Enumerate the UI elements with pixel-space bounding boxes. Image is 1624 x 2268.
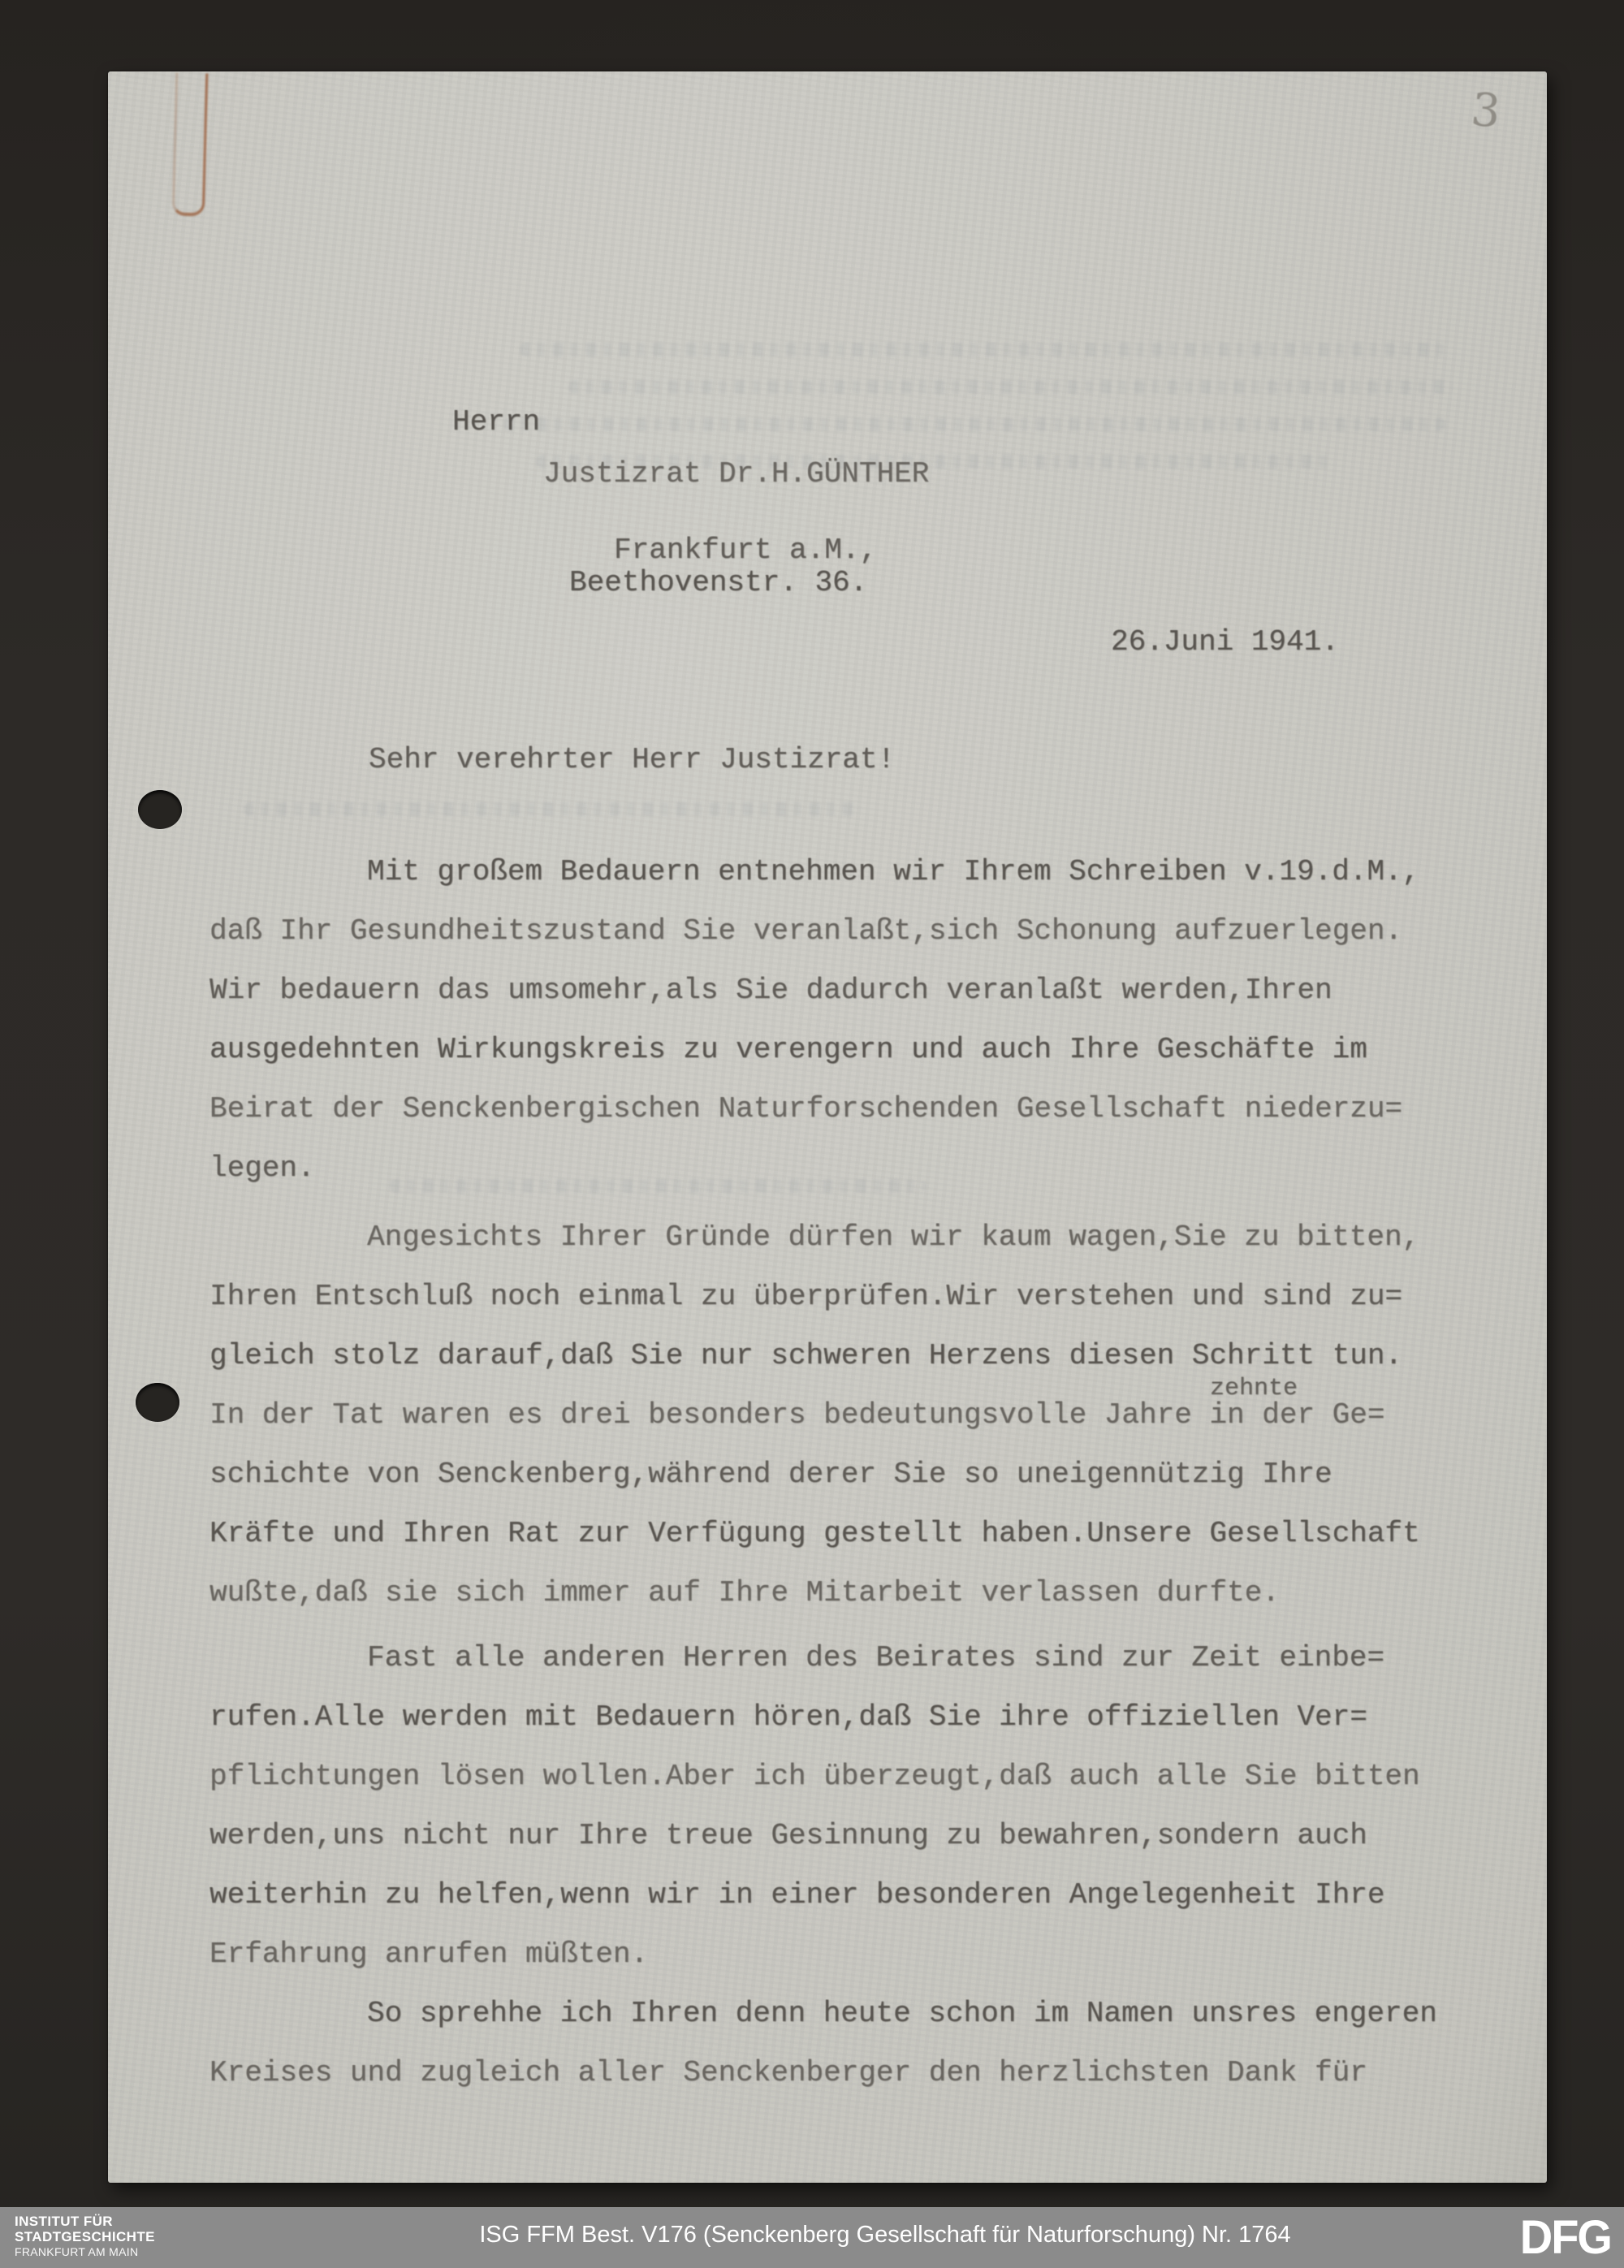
salutation-line: Sehr verehrter Herr Justizrat! bbox=[369, 745, 895, 775]
institute-logo: INSTITUT FÜR STADTGESCHICHTE FRANKFURT A… bbox=[15, 2214, 155, 2259]
date-line: 26.Juni 1941. bbox=[1111, 628, 1339, 657]
recipient-line: Herrn bbox=[452, 408, 540, 437]
body-line: Kreises und zugleich aller Senckenberger… bbox=[209, 2058, 1367, 2088]
recipient-line: Beethovenstr. 36. bbox=[569, 568, 867, 598]
body-line: rufen.Alle werden mit Bedauern hören,daß… bbox=[209, 1703, 1367, 1732]
body-line: Fast alle anderen Herren des Beirates si… bbox=[367, 1644, 1384, 1673]
institute-logo-line: FRANKFURT AM MAIN bbox=[15, 2244, 155, 2259]
body-line: weiterhin zu helfen,wenn wir in einer be… bbox=[209, 1881, 1384, 1910]
dfg-logo: DFG bbox=[1520, 2210, 1611, 2265]
body-line: Angesichts Ihrer Gründe dürfen wir kaum … bbox=[367, 1223, 1419, 1252]
insertion-line: zehnte bbox=[1210, 1376, 1298, 1401]
recipient-line: Justizrat Dr.H.GÜNTHER bbox=[543, 460, 929, 489]
body-line: schichte von Senckenberg,während derer S… bbox=[209, 1460, 1332, 1489]
body-line: Beirat der Senckenbergischen Naturforsch… bbox=[209, 1095, 1402, 1124]
body-line: Kräfte und Ihren Rat zur Verfügung geste… bbox=[209, 1519, 1420, 1549]
body-line: Ihren Entschluß noch einmal zu überprüfe… bbox=[209, 1282, 1402, 1311]
body-line: werden,uns nicht nur Ihre treue Gesinnun… bbox=[209, 1821, 1367, 1851]
body-line: legen. bbox=[209, 1154, 315, 1183]
body-line: gleich stolz darauf,daß Sie nur schweren… bbox=[209, 1341, 1402, 1371]
body-line: daß Ihr Gesundheitszustand Sie veranlaßt… bbox=[209, 917, 1402, 946]
institute-logo-line: STADTGESCHICHTE bbox=[15, 2229, 155, 2244]
body-line: wußte,daß sie sich immer auf Ihre Mitarb… bbox=[209, 1579, 1280, 1608]
body-line: ausgedehnten Wirkungskreis zu verengern … bbox=[209, 1035, 1367, 1065]
letter-text-layer: HerrnJustizrat Dr.H.GÜNTHERFrankfurt a.M… bbox=[0, 0, 1624, 2268]
body-line: Wir bedauern das umsomehr,als Sie dadurc… bbox=[209, 976, 1332, 1005]
body-line: So sprehhe ich Ihren denn heute schon im… bbox=[367, 1999, 1437, 2028]
body-line: Erfahrung anrufen müßten. bbox=[209, 1940, 648, 1969]
archive-reference-caption: ISG FFM Best. V176 (Senckenberg Gesellsc… bbox=[479, 2222, 1290, 2249]
institute-logo-line: INSTITUT FÜR bbox=[15, 2214, 155, 2229]
recipient-line: Frankfurt a.M., bbox=[614, 536, 877, 565]
body-line: Mit großem Bedauern entnehmen wir Ihrem … bbox=[367, 858, 1419, 887]
body-line: pflichtungen lösen wollen.Aber ich überz… bbox=[209, 1762, 1420, 1791]
body-line: In der Tat waren es drei besonders bedeu… bbox=[209, 1401, 1384, 1430]
